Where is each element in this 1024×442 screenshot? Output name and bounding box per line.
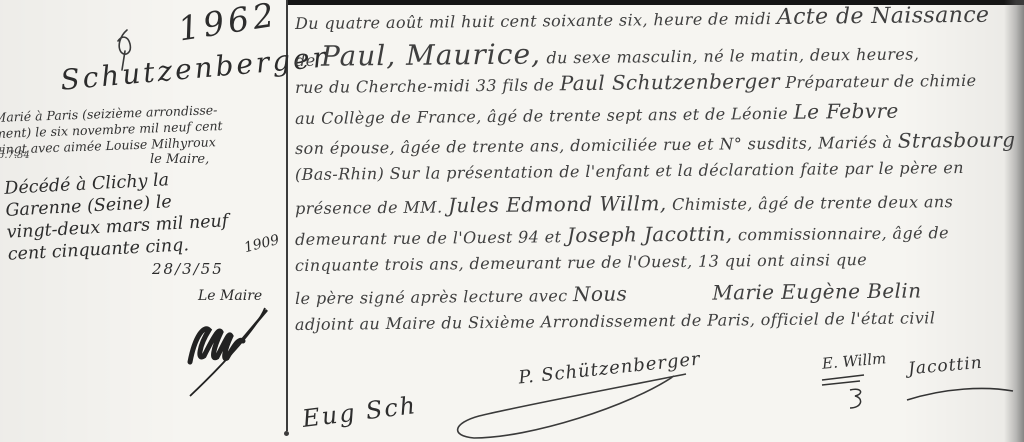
body-text: Préparateur de chimie [780,71,977,92]
body-text: demeurant rue de l'Ouest 94 et [295,227,567,249]
body-text: du sexe masculin, né le matin, deux heur… [541,44,920,67]
child-name: Paul, Maurice, [321,37,541,72]
registry-ref-number: 5.7.34 [0,150,30,161]
death-note-date: 28/3/55 [152,260,224,278]
body-line-2: de Paul, Maurice, du sexe masculin, né l… [295,33,920,73]
body-text: rue du Cherche-midi 33 fils de [295,75,560,97]
death-note-number: 1909 [243,232,281,256]
officer-name: Marie Eugène Belin [712,278,921,304]
margin-surname-header: Schutzenberger [59,40,330,96]
marriage-note-signoff: le Maire, [150,152,209,167]
scan-edge-shadow [1004,0,1024,442]
body-text: présence de MM. [295,197,448,218]
body-line-7: présence de MM. Jules Edmond Willm, Chim… [295,188,953,219]
body-text: Du quatre août mil huit cent soixante si… [295,9,777,33]
father-name: Paul Schutzenberger [560,69,780,95]
witness1-signature: E. Willm [821,349,887,373]
body-line-8: demeurant rue de l'Ouest 94 et Joseph Ja… [295,219,949,250]
margin-year-annotation: 1962 [176,0,281,49]
body-text: le père signé après lecture avec [295,286,573,308]
marriage-note: Marié à Paris (seizième arrondisse- ment… [0,102,223,158]
body-line-6: (Bas-Rhin) Sur la présentation de l'enfa… [295,158,964,184]
body-text: de [295,51,321,70]
body-text: Nous [573,282,628,307]
body-line-10: le père signé après lecture avec NousMar… [295,278,922,309]
body-line-11: adjoint au Maire du Sixième Arrondisseme… [295,308,935,334]
mother-name: Le Febvre [793,99,898,124]
witness2-signature-flourish [905,382,1015,406]
witness2-signature: Jacottin [907,353,983,379]
body-line-1: Du quatre août mil huit cent soixante si… [295,3,990,35]
father-signature-flourish [448,372,688,442]
acte-de-naissance-heading: Acte de Naissance [777,3,990,30]
scanned-birth-record: 1962 Schutzenberger Marié à Paris (seizi… [0,0,1024,442]
body-line-5: son épouse, âgée de trente ans, domicili… [295,127,1016,159]
body-line-4: au Collège de France, âgé de trente sept… [295,99,899,129]
body-text: commissionnaire, âgé de [732,223,949,244]
death-note: Décédé à Clichy la Garenne (Seine) le vi… [4,166,230,265]
body-text: au Collège de France, âgé de trente sept… [295,104,794,128]
body-line-9: cinquante trois ans, demeurant rue de l'… [295,250,867,275]
partial-bottom-signature: Eug Sch [301,391,419,433]
witness1-signature-flourish [820,372,882,414]
witness1-name: Jules Edmond Willm, [448,191,667,217]
body-text: (Bas-Rhin) Sur la présentation de l'enfa… [295,158,964,184]
body-text: son épouse, âgée de trente ans, domicili… [295,133,898,158]
marriage-city: Strasbourg [898,127,1016,152]
mayor-signature [168,300,298,400]
body-text: adjoint au Maire du Sixième Arrondisseme… [295,308,935,334]
body-text: cinquante trois ans, demeurant rue de l'… [295,250,867,275]
witness2-name: Joseph Jacottin, [567,221,733,247]
body-text: Chimiste, âgé de trente deux ans [666,192,953,214]
